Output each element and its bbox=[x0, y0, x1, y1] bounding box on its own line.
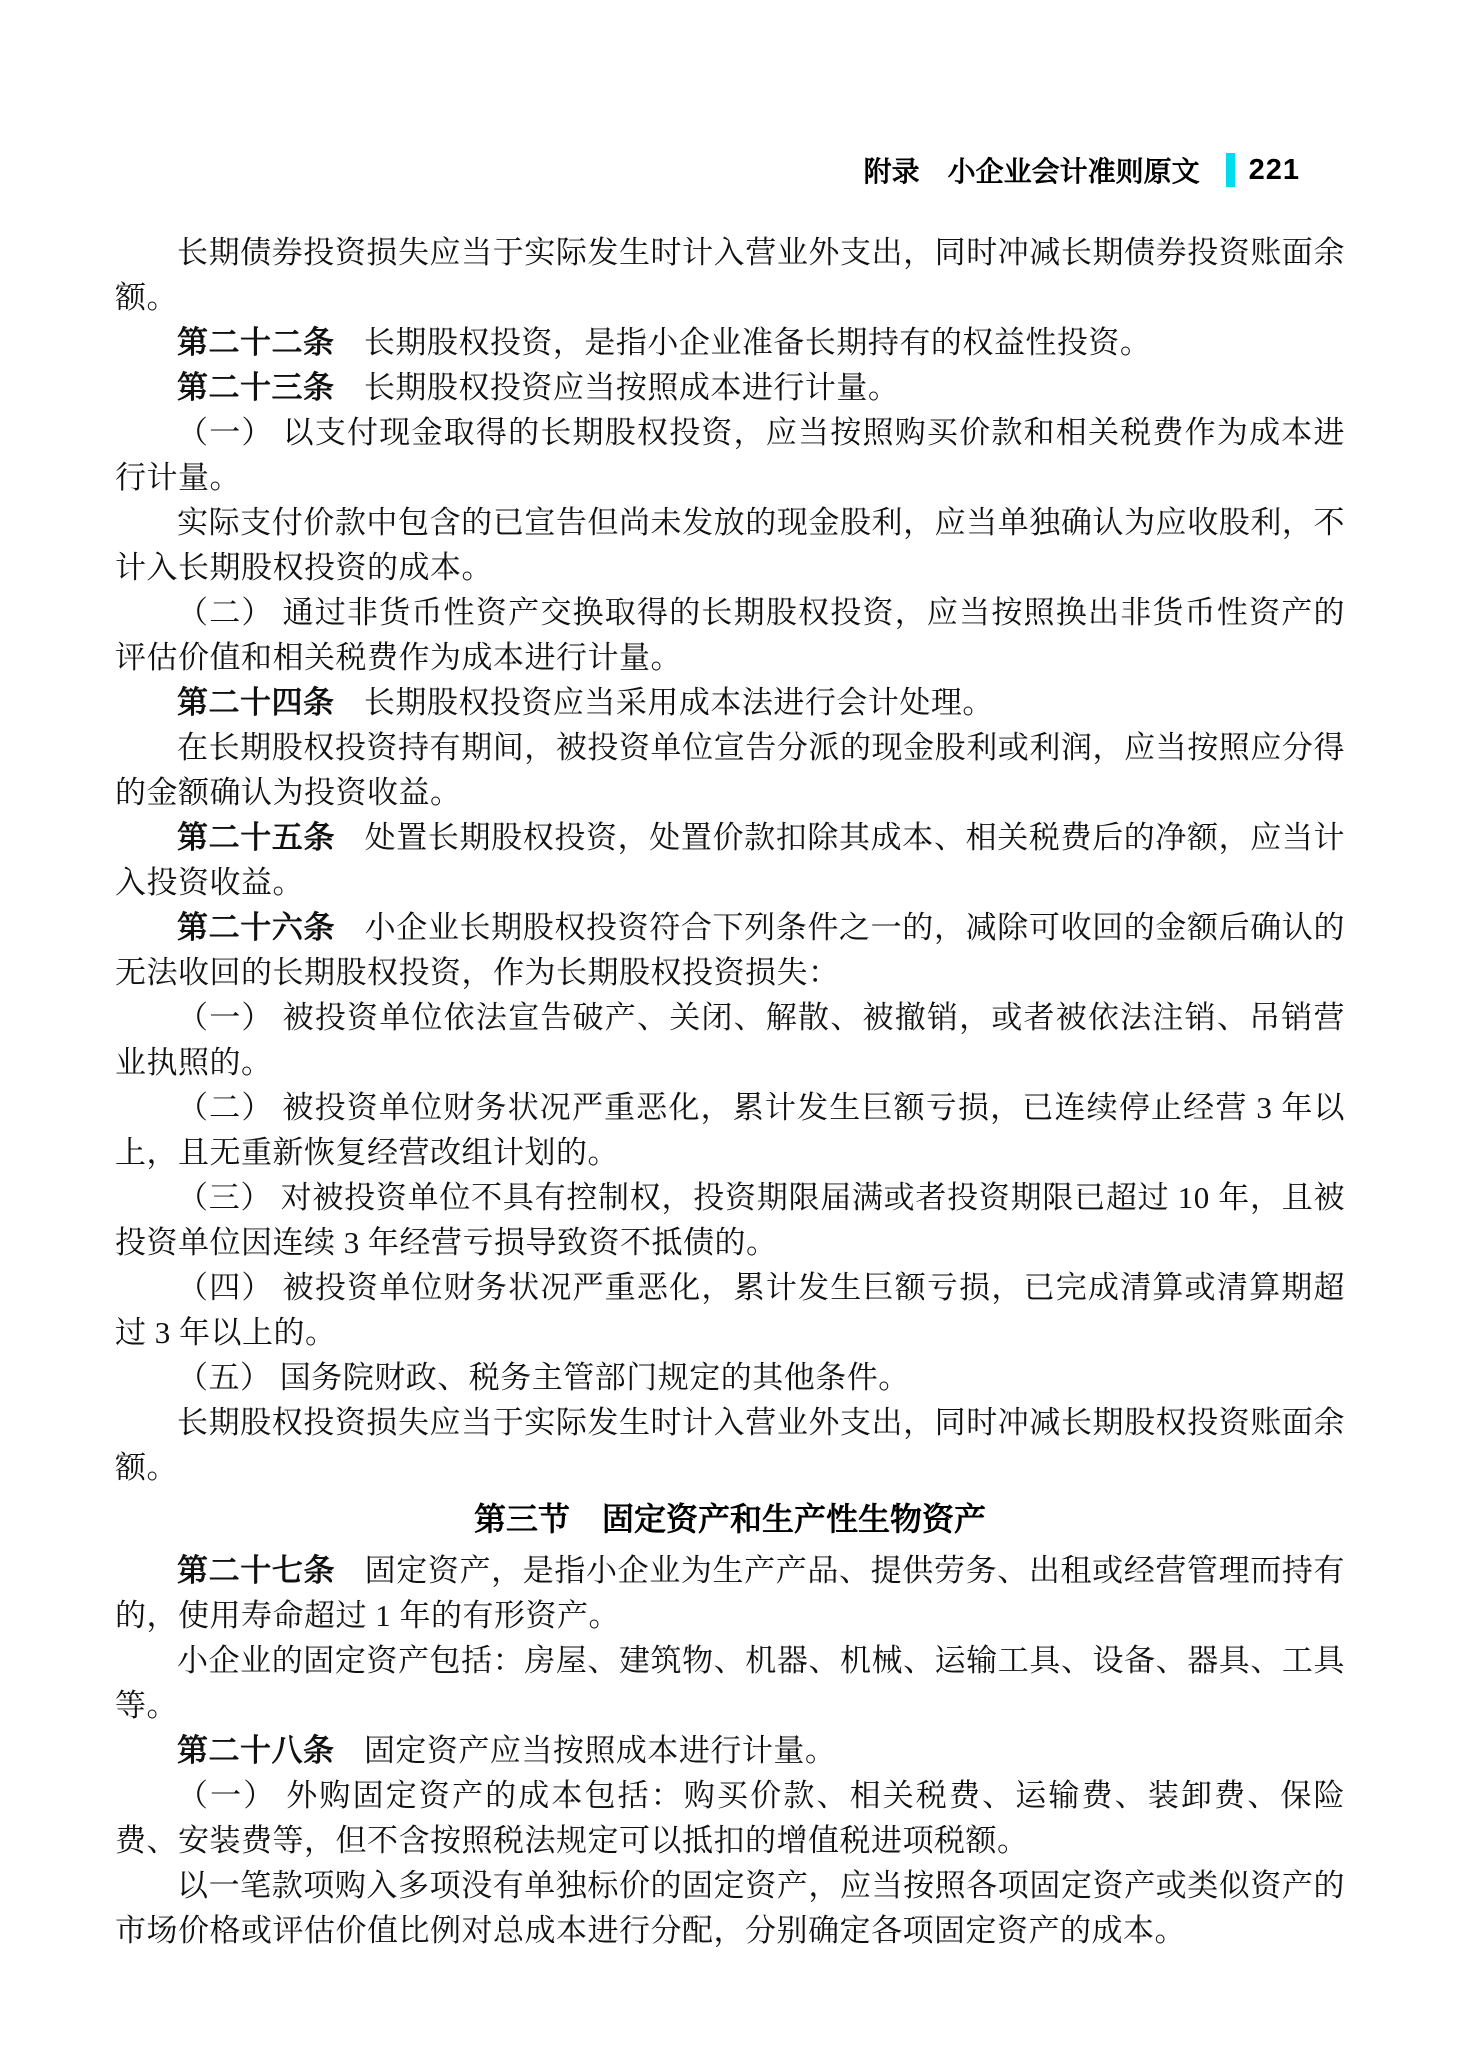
paragraph: （一） 被投资单位依法宣告破产、关闭、解散、被撤销，或者被依法注销、吊销营业执照… bbox=[115, 995, 1345, 1085]
paragraph-text: 长期股权投资应当按照成本进行计量。 bbox=[364, 370, 900, 405]
paragraph: （五） 国务院财政、税务主管部门规定的其他条件。 bbox=[115, 1355, 1345, 1400]
paragraph-text: （一） 被投资单位依法宣告破产、关闭、解散、被撤销，或者被依法注销、吊销营业执照… bbox=[115, 1000, 1345, 1080]
paragraph: （四） 被投资单位财务状况严重恶化，累计发生巨额亏损，已完成清算或清算期超过 3… bbox=[115, 1265, 1345, 1355]
paragraph-text: 长期股权投资损失应当于实际发生时计入营业外支出，同时冲减长期股权投资账面余额。 bbox=[115, 1405, 1345, 1485]
running-header: 附录 小企业会计准则原文 221 bbox=[864, 150, 1300, 190]
paragraph-text: 以一笔款项购入多项没有单独标价的固定资产，应当按照各项固定资产或类似资产的市场价… bbox=[115, 1868, 1345, 1948]
paragraph-text: （二） 通过非货币性资产交换取得的长期股权投资，应当按照换出非货币性资产的评估价… bbox=[115, 595, 1345, 675]
paragraph-text: （五） 国务院财政、税务主管部门规定的其他条件。 bbox=[177, 1360, 910, 1395]
paragraph-text: （三） 对被投资单位不具有控制权，投资期限届满或者投资期限已超过 10 年，且被… bbox=[115, 1180, 1345, 1260]
page-number-accent-bar bbox=[1226, 153, 1235, 187]
paragraph-text: 固定资产应当按照成本进行计量。 bbox=[364, 1733, 837, 1768]
article-number: 第二十六条 bbox=[177, 910, 335, 945]
article-number: 第二十四条 bbox=[177, 685, 335, 720]
paragraph: 第二十七条固定资产，是指小企业为生产产品、提供劳务、出租或经营管理而持有的，使用… bbox=[115, 1548, 1345, 1638]
paragraph: 第二十六条小企业长期股权投资符合下列条件之一的，减除可收回的金额后确认的无法收回… bbox=[115, 905, 1345, 995]
paragraph: （三） 对被投资单位不具有控制权，投资期限届满或者投资期限已超过 10 年，且被… bbox=[115, 1175, 1345, 1265]
page-number: 221 bbox=[1249, 154, 1300, 187]
paragraph: （一） 外购固定资产的成本包括：购买价款、相关税费、运输费、装卸费、保险费、安装… bbox=[115, 1773, 1345, 1863]
paragraph: （二） 被投资单位财务状况严重恶化，累计发生巨额亏损，已连续停止经营 3 年以上… bbox=[115, 1085, 1345, 1175]
paragraph: 第二十八条固定资产应当按照成本进行计量。 bbox=[115, 1728, 1345, 1773]
paragraph: 第二十二条长期股权投资，是指小企业准备长期持有的权益性投资。 bbox=[115, 320, 1345, 365]
paragraph: 第二十五条处置长期股权投资，处置价款扣除其成本、相关税费后的净额，应当计入投资收… bbox=[115, 815, 1345, 905]
paragraph: （二） 通过非货币性资产交换取得的长期股权投资，应当按照换出非货币性资产的评估价… bbox=[115, 590, 1345, 680]
paragraph-text: 实际支付价款中包含的已宣告但尚未发放的现金股利，应当单独确认为应收股利，不计入长… bbox=[115, 505, 1345, 585]
paragraph-text: （四） 被投资单位财务状况严重恶化，累计发生巨额亏损，已完成清算或清算期超过 3… bbox=[115, 1270, 1345, 1350]
header-section-label: 附录 bbox=[864, 150, 920, 190]
paragraph-text: （一） 以支付现金取得的长期股权投资，应当按照购买价款和相关税费作为成本进行计量… bbox=[115, 415, 1345, 495]
paragraph: 在长期股权投资持有期间，被投资单位宣告分派的现金股利或利润，应当按照应分得的金额… bbox=[115, 725, 1345, 815]
paragraph-text: 小企业的固定资产包括：房屋、建筑物、机器、机械、运输工具、设备、器具、工具等。 bbox=[115, 1643, 1345, 1723]
paragraph: 第二十三条长期股权投资应当按照成本进行计量。 bbox=[115, 365, 1345, 410]
header-chapter-title: 小企业会计准则原文 bbox=[948, 150, 1200, 190]
paragraph-text: 长期债券投资损失应当于实际发生时计入营业外支出，同时冲减长期债券投资账面余额。 bbox=[115, 235, 1345, 315]
paragraph: 小企业的固定资产包括：房屋、建筑物、机器、机械、运输工具、设备、器具、工具等。 bbox=[115, 1638, 1345, 1728]
paragraph: 第二十四条长期股权投资应当采用成本法进行会计处理。 bbox=[115, 680, 1345, 725]
paragraph-text: 长期股权投资，是指小企业准备长期持有的权益性投资。 bbox=[364, 325, 1152, 360]
paragraph: 长期债券投资损失应当于实际发生时计入营业外支出，同时冲减长期债券投资账面余额。 bbox=[115, 230, 1345, 320]
article-number: 第二十三条 bbox=[177, 370, 335, 405]
paragraph: 实际支付价款中包含的已宣告但尚未发放的现金股利，应当单独确认为应收股利，不计入长… bbox=[115, 500, 1345, 590]
article-number: 第二十二条 bbox=[177, 325, 335, 360]
article-number: 第二十七条 bbox=[177, 1553, 335, 1588]
paragraph: （一） 以支付现金取得的长期股权投资，应当按照购买价款和相关税费作为成本进行计量… bbox=[115, 410, 1345, 500]
paragraph-text: （一） 外购固定资产的成本包括：购买价款、相关税费、运输费、装卸费、保险费、安装… bbox=[115, 1778, 1345, 1858]
paragraph: 以一笔款项购入多项没有单独标价的固定资产，应当按照各项固定资产或类似资产的市场价… bbox=[115, 1863, 1345, 1953]
document-body: 长期债券投资损失应当于实际发生时计入营业外支出，同时冲减长期债券投资账面余额。第… bbox=[115, 230, 1345, 1953]
paragraph: 长期股权投资损失应当于实际发生时计入营业外支出，同时冲减长期股权投资账面余额。 bbox=[115, 1400, 1345, 1490]
heading-text: 第三节 固定资产和生产性生物资产 bbox=[474, 1501, 986, 1537]
paragraph-text: 长期股权投资应当采用成本法进行会计处理。 bbox=[364, 685, 994, 720]
article-number: 第二十五条 bbox=[177, 820, 335, 855]
paragraph-text: （二） 被投资单位财务状况严重恶化，累计发生巨额亏损，已连续停止经营 3 年以上… bbox=[115, 1090, 1345, 1170]
document-page: 附录 小企业会计准则原文 221 长期债券投资损失应当于实际发生时计入营业外支出… bbox=[0, 0, 1457, 2048]
paragraph-text: 在长期股权投资持有期间，被投资单位宣告分派的现金股利或利润，应当按照应分得的金额… bbox=[115, 730, 1345, 810]
section-heading: 第三节 固定资产和生产性生物资产 bbox=[115, 1496, 1345, 1542]
article-number: 第二十八条 bbox=[177, 1733, 335, 1768]
